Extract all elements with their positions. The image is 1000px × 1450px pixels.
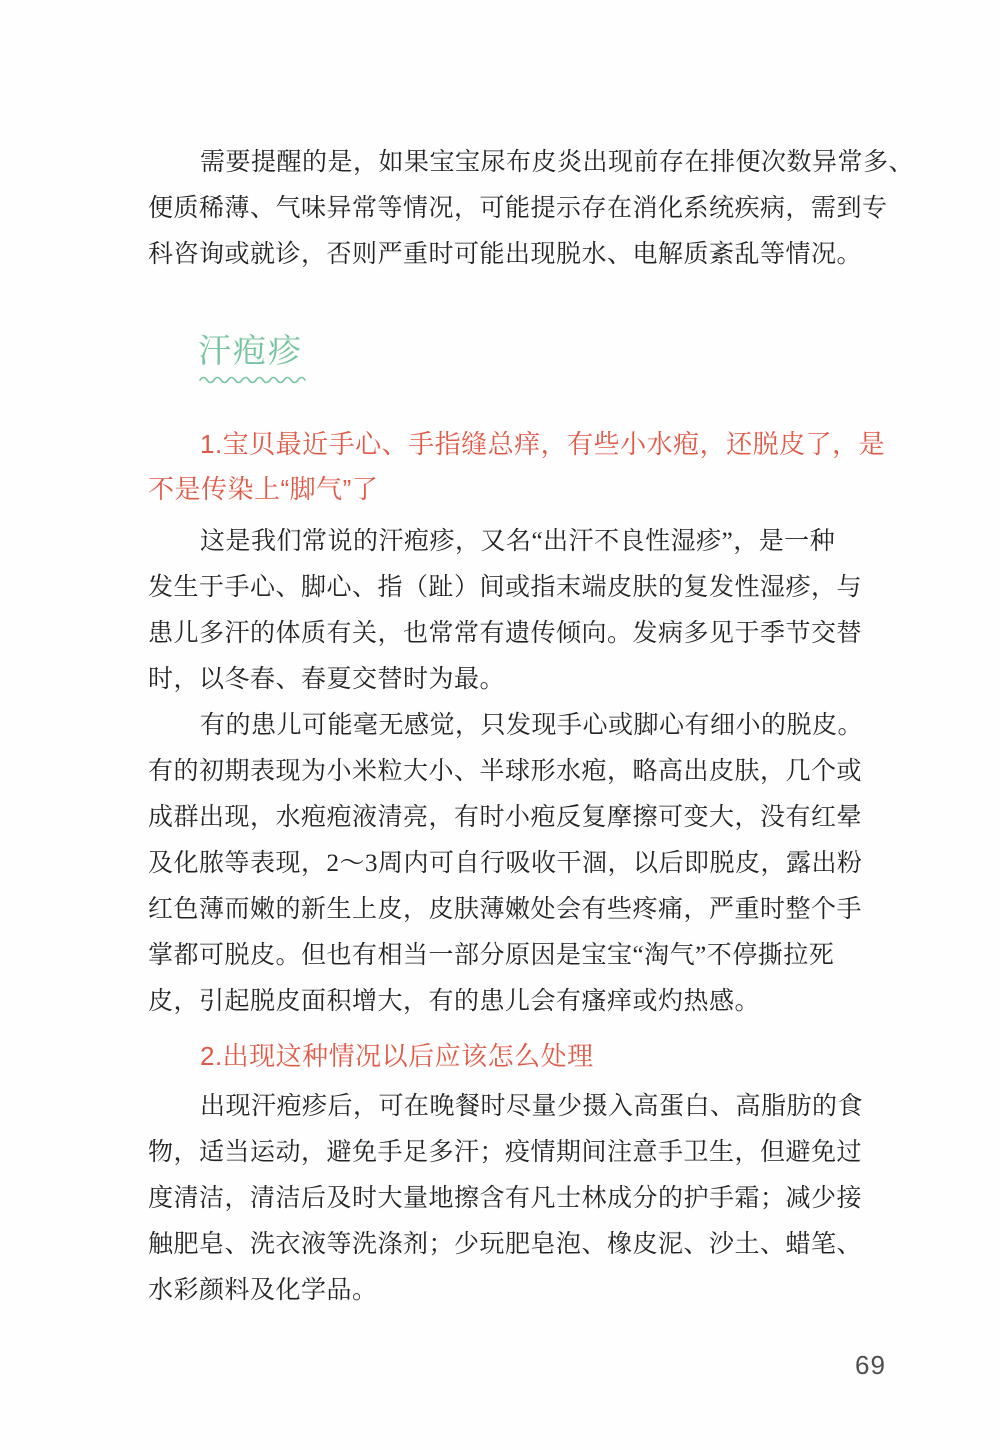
page-content: 需要提醒的是，如果宝宝尿布皮炎出现前存在排便次数异常多、 便质稀薄、气味异常等情…	[148, 140, 923, 1314]
question-1-heading: 1.宝贝最近手心、手指缝总痒，有些小水疱，还脱皮了，是 不是传染上“脚气”了	[148, 422, 923, 512]
question-1-paragraph-1: 这是我们常说的汗疱疹，又名“出汗不良性湿疹”，是一种 发生于手心、脚心、指（趾）…	[148, 519, 923, 703]
section-title: 汗疱疹	[198, 332, 923, 370]
section-heading-block: 汗疱疹	[148, 332, 923, 384]
question-2-heading: 2.出现这种情况以后应该怎么处理	[148, 1034, 923, 1079]
question-1-paragraph-2: 有的患儿可能毫无感觉，只发现手心或脚心有细小的脱皮。 有的初期表现为小米粒大小、…	[148, 703, 923, 1025]
intro-paragraph: 需要提醒的是，如果宝宝尿布皮炎出现前存在排便次数异常多、 便质稀薄、气味异常等情…	[148, 140, 923, 278]
wavy-underline-decoration	[198, 372, 308, 384]
book-page: 需要提醒的是，如果宝宝尿布皮炎出现前存在排便次数异常多、 便质稀薄、气味异常等情…	[0, 0, 1000, 1450]
question-2-paragraph: 出现汗疱疹后，可在晚餐时尽量少摄入高蛋白、高脂肪的食 物，适当运动，避免手足多汗…	[148, 1084, 923, 1314]
page-number: 69	[855, 1350, 886, 1381]
